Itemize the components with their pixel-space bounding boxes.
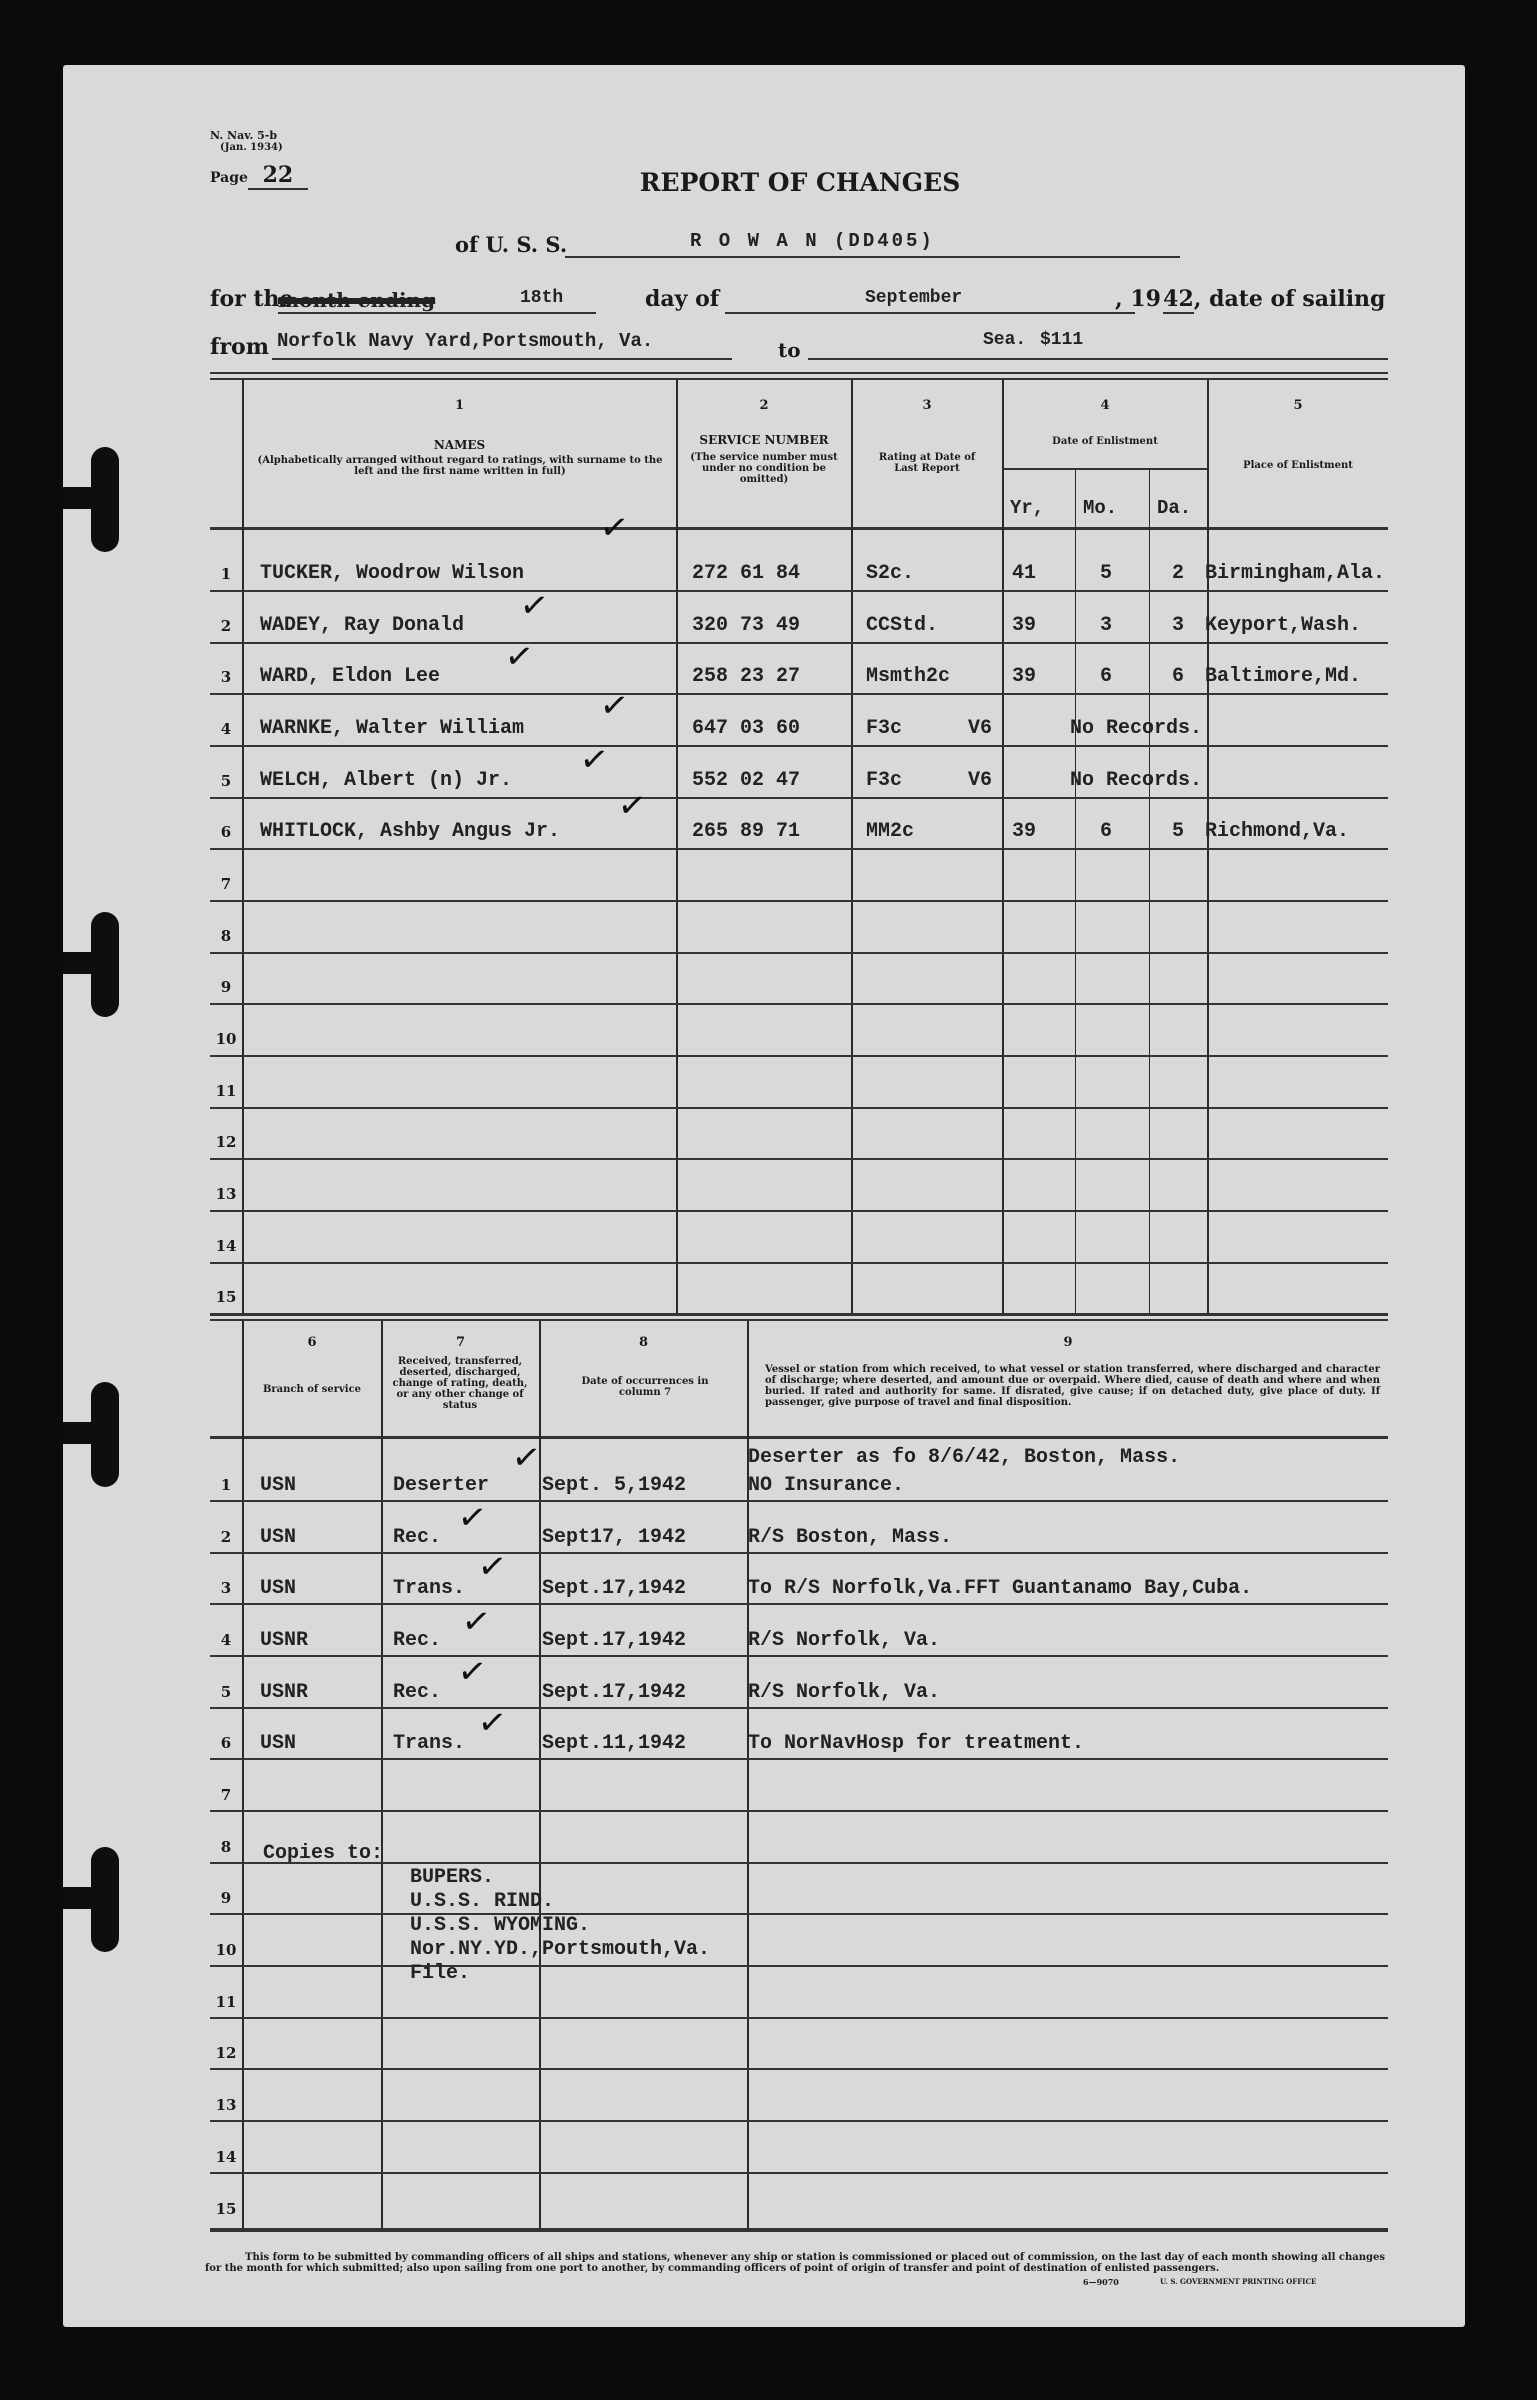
ship-field: R O W A N (DD405) [565, 230, 1180, 258]
status-cell: Trans. [393, 1732, 465, 1755]
status-cell: Rec. [393, 1526, 441, 1549]
rating-extra-cell: V6 [968, 717, 992, 740]
remarks-cell-line2: NO Insurance. [748, 1474, 904, 1497]
no-records-note: No Records. [1070, 717, 1202, 740]
name-cell: WARD, Eldon Lee [260, 665, 440, 688]
day-value: 18th [520, 288, 563, 308]
enlist-month-cell: 5 [1100, 562, 1112, 585]
row-number: 5 [213, 772, 239, 790]
enlist-year-cell: 39 [1012, 665, 1036, 688]
form-number-text: N. Nav. 5-b [210, 130, 283, 142]
ship-name: R O W A N (DD405) [690, 230, 935, 252]
row-number: 1 [213, 565, 239, 583]
enlist-year-cell: 39 [1012, 820, 1036, 843]
row-number: 4 [213, 720, 239, 738]
name-cell: WARNKE, Walter William [260, 717, 524, 740]
col8-number: 8 [540, 1335, 747, 1350]
enlist-year-cell: 39 [1012, 614, 1036, 637]
branch-cell: USN [260, 1474, 296, 1497]
rating-cell: F3c [866, 769, 902, 792]
place-cell: Baltimore,Md. [1205, 665, 1361, 688]
row-number: 8 [213, 1838, 239, 1856]
row-number: 13 [213, 2096, 239, 2114]
page-number: 22 [248, 162, 308, 190]
copies-to-label: Copies to: [263, 1842, 383, 1865]
col-header-names-note: (Alphabetically arranged without regard … [250, 455, 670, 477]
name-cell: WHITLOCK, Ashby Angus Jr. [260, 820, 560, 843]
check-mark-icon: ✓ [475, 1701, 509, 1745]
check-mark-icon: ✓ [475, 1545, 509, 1589]
col-header-status: Received, transferred, deserted, dischar… [390, 1356, 530, 1411]
col5-number: 5 [1208, 398, 1388, 413]
rating-cell: S2c. [866, 562, 914, 585]
service-number-cell: 647 03 60 [692, 717, 800, 740]
to-label: to [778, 338, 801, 362]
enlist-month-cell: 3 [1100, 614, 1112, 637]
from-place: Norfolk Navy Yard,Portsmouth, Va. [277, 330, 653, 352]
col-header-day: Da. [1157, 497, 1191, 519]
status-cell: Rec. [393, 1629, 441, 1652]
row-number: 11 [213, 1082, 239, 1100]
row-number: 3 [213, 668, 239, 686]
enlist-day-cell: 6 [1172, 665, 1184, 688]
row-number: 14 [213, 1237, 239, 1255]
copies-to-list: BUPERS. U.S.S. RIND. U.S.S. WYOMING. Nor… [410, 1866, 710, 1986]
date-cell: Sept.11,1942 [542, 1732, 686, 1755]
col-header-year: Yr, [1010, 497, 1044, 519]
date-cell: Sept.17,1942 [542, 1681, 686, 1704]
col-header-date-of-enlistment: Date of Enlistment [1003, 436, 1207, 447]
service-number-cell: 320 73 49 [692, 614, 800, 637]
rating-cell: CCStd. [866, 614, 938, 637]
row-number: 7 [213, 875, 239, 893]
row-number: 10 [213, 1030, 239, 1048]
col-header-service-number: SERVICE NUMBER [677, 433, 851, 447]
name-cell: TUCKER, Woodrow Wilson [260, 562, 524, 585]
row-number: 12 [213, 2044, 239, 2062]
binder-tab [63, 1422, 118, 1444]
col-header-service-number-note: (The service number must under no condit… [690, 452, 838, 485]
col-header-remarks: Vessel or station from which received, t… [765, 1364, 1380, 1408]
year-prefix: , 19 [1115, 286, 1161, 312]
row-number: 4 [213, 1631, 239, 1649]
check-mark-icon: ✓ [597, 684, 631, 728]
rating-extra-cell: V6 [968, 769, 992, 792]
row-number: 11 [213, 1993, 239, 2011]
place-cell: Keyport,Wash. [1205, 614, 1361, 637]
col7-number: 7 [382, 1335, 539, 1350]
row-number: 15 [213, 2200, 239, 2218]
copies-to-item: U.S.S. RIND. [410, 1890, 710, 1914]
print-code: 6—9070 [1083, 2277, 1119, 2287]
date-cell: Sept. 5,1942 [542, 1474, 686, 1497]
row-number: 2 [213, 617, 239, 635]
remarks-cell: R/S Norfolk, Va. [748, 1681, 940, 1704]
status-cell: Trans. [393, 1577, 465, 1600]
date-cell: Sept.17,1942 [542, 1629, 686, 1652]
col9-number: 9 [748, 1335, 1388, 1350]
col-header-month: Mo. [1083, 497, 1117, 519]
remarks-cell: R/S Norfolk, Va. [748, 1629, 940, 1652]
row-number: 6 [213, 1734, 239, 1752]
year-field: , 19 42, date of sailing [1115, 286, 1385, 312]
from-field: Norfolk Navy Yard,Portsmouth, Va. [272, 330, 732, 360]
date-cell: Sept17, 1942 [542, 1526, 686, 1549]
row-number: 12 [213, 1133, 239, 1151]
enlist-year-cell: 41 [1012, 562, 1036, 585]
status-cell: Deserter [393, 1474, 489, 1497]
binder-tab [63, 1887, 118, 1909]
binder-tab [63, 952, 118, 974]
from-label: from [210, 334, 269, 360]
enlist-month-cell: 6 [1100, 665, 1112, 688]
to-place-trailing: $111 [1040, 330, 1083, 350]
col-header-date-of-occurrence: Date of occurrences in column 7 [570, 1376, 720, 1398]
date-of-sailing-label: , date of sailing [1194, 286, 1386, 312]
check-mark-icon: ✓ [502, 635, 536, 679]
col-header-place-of-enlistment: Place of Enlistment [1208, 460, 1388, 471]
row-number: 1 [213, 1476, 239, 1494]
service-number-cell: 265 89 71 [692, 820, 800, 843]
col2-number: 2 [677, 398, 851, 413]
rating-cell: Msmth2c [866, 665, 950, 688]
form-instructions: This form to be submitted by commanding … [205, 2252, 1385, 2274]
col3-number: 3 [852, 398, 1002, 413]
row-number: 10 [213, 1941, 239, 1959]
copies-to-item: U.S.S. WYOMING. [410, 1914, 710, 1938]
to-field: Sea.$111 [808, 330, 1388, 360]
printer-name: U. S. GOVERNMENT PRINTING OFFICE [1160, 2277, 1316, 2286]
check-mark-icon: ✓ [459, 1600, 493, 1644]
copies-to-item: BUPERS. [410, 1866, 710, 1890]
branch-cell: USN [260, 1732, 296, 1755]
page-label: Page [210, 170, 248, 186]
page-title: REPORT OF CHANGES [600, 168, 1000, 197]
check-mark-icon: ✓ [517, 584, 551, 628]
row-number: 6 [213, 823, 239, 841]
branch-cell: USNR [260, 1629, 308, 1652]
copies-to-item: File. [410, 1962, 710, 1986]
remarks-cell: Deserter as fo 8/6/42, Boston, Mass. [748, 1446, 1180, 1469]
year-value: 42 [1163, 286, 1194, 314]
row-number: 9 [213, 1889, 239, 1907]
copies-to-item: Nor.NY.YD.,Portsmouth,Va. [410, 1938, 710, 1962]
binder-tab [63, 487, 118, 509]
check-mark-icon: ✓ [509, 1436, 543, 1480]
row-number: 5 [213, 1683, 239, 1701]
page-number-field: Page22 [210, 162, 308, 190]
service-number-cell: 258 23 27 [692, 665, 800, 688]
col4-number: 4 [1003, 398, 1207, 413]
col-header-rating: Rating at Date of Last Report [870, 452, 984, 474]
branch-cell: USNR [260, 1681, 308, 1704]
to-place: Sea. [983, 330, 1026, 350]
col-header-branch: Branch of service [243, 1384, 381, 1395]
check-mark-icon: ✓ [577, 738, 611, 782]
branch-cell: USN [260, 1577, 296, 1600]
check-mark-icon: ✓ [597, 506, 631, 550]
status-cell: Rec. [393, 1681, 441, 1704]
row-number: 13 [213, 1185, 239, 1203]
row-number: 9 [213, 978, 239, 996]
row-number: 2 [213, 1528, 239, 1546]
date-cell: Sept.17,1942 [542, 1577, 686, 1600]
col-header-names: NAMES [243, 438, 676, 452]
remarks-cell: To R/S Norfolk,Va.FFT Guantanamo Bay,Cub… [748, 1577, 1252, 1600]
enlist-day-cell: 2 [1172, 562, 1184, 585]
col1-number: 1 [243, 398, 676, 413]
month-value: September [865, 288, 962, 308]
name-cell: WELCH, Albert (n) Jr. [260, 769, 512, 792]
row-number: 7 [213, 1786, 239, 1804]
name-cell: WADEY, Ray Donald [260, 614, 464, 637]
form-number: N. Nav. 5-b (Jan. 1934) [210, 130, 283, 154]
remarks-cell: To NorNavHosp for treatment. [748, 1732, 1084, 1755]
enlist-month-cell: 6 [1100, 820, 1112, 843]
rating-cell: MM2c [866, 820, 914, 843]
month-field: September [725, 288, 1135, 314]
day-field: 18th [278, 288, 596, 314]
remarks-cell: R/S Boston, Mass. [748, 1526, 952, 1549]
form-date: (Jan. 1934) [210, 142, 283, 154]
check-mark-icon: ✓ [615, 784, 649, 828]
enlist-day-cell: 3 [1172, 614, 1184, 637]
place-cell: Birmingham,Ala. [1205, 562, 1385, 585]
row-number: 15 [213, 1288, 239, 1306]
branch-cell: USN [260, 1526, 296, 1549]
col6-number: 6 [243, 1335, 381, 1350]
check-mark-icon: ✓ [455, 1650, 489, 1694]
service-number-cell: 272 61 84 [692, 562, 800, 585]
rating-cell: F3c [866, 717, 902, 740]
row-number: 3 [213, 1579, 239, 1597]
row-number: 14 [213, 2148, 239, 2166]
day-of-label: day of [645, 286, 719, 312]
enlist-day-cell: 5 [1172, 820, 1184, 843]
ship-label: of U. S. S. [455, 232, 567, 257]
service-number-cell: 552 02 47 [692, 769, 800, 792]
place-cell: Richmond,Va. [1205, 820, 1349, 843]
no-records-note: No Records. [1070, 769, 1202, 792]
row-number: 8 [213, 927, 239, 945]
check-mark-icon: ✓ [455, 1496, 489, 1540]
